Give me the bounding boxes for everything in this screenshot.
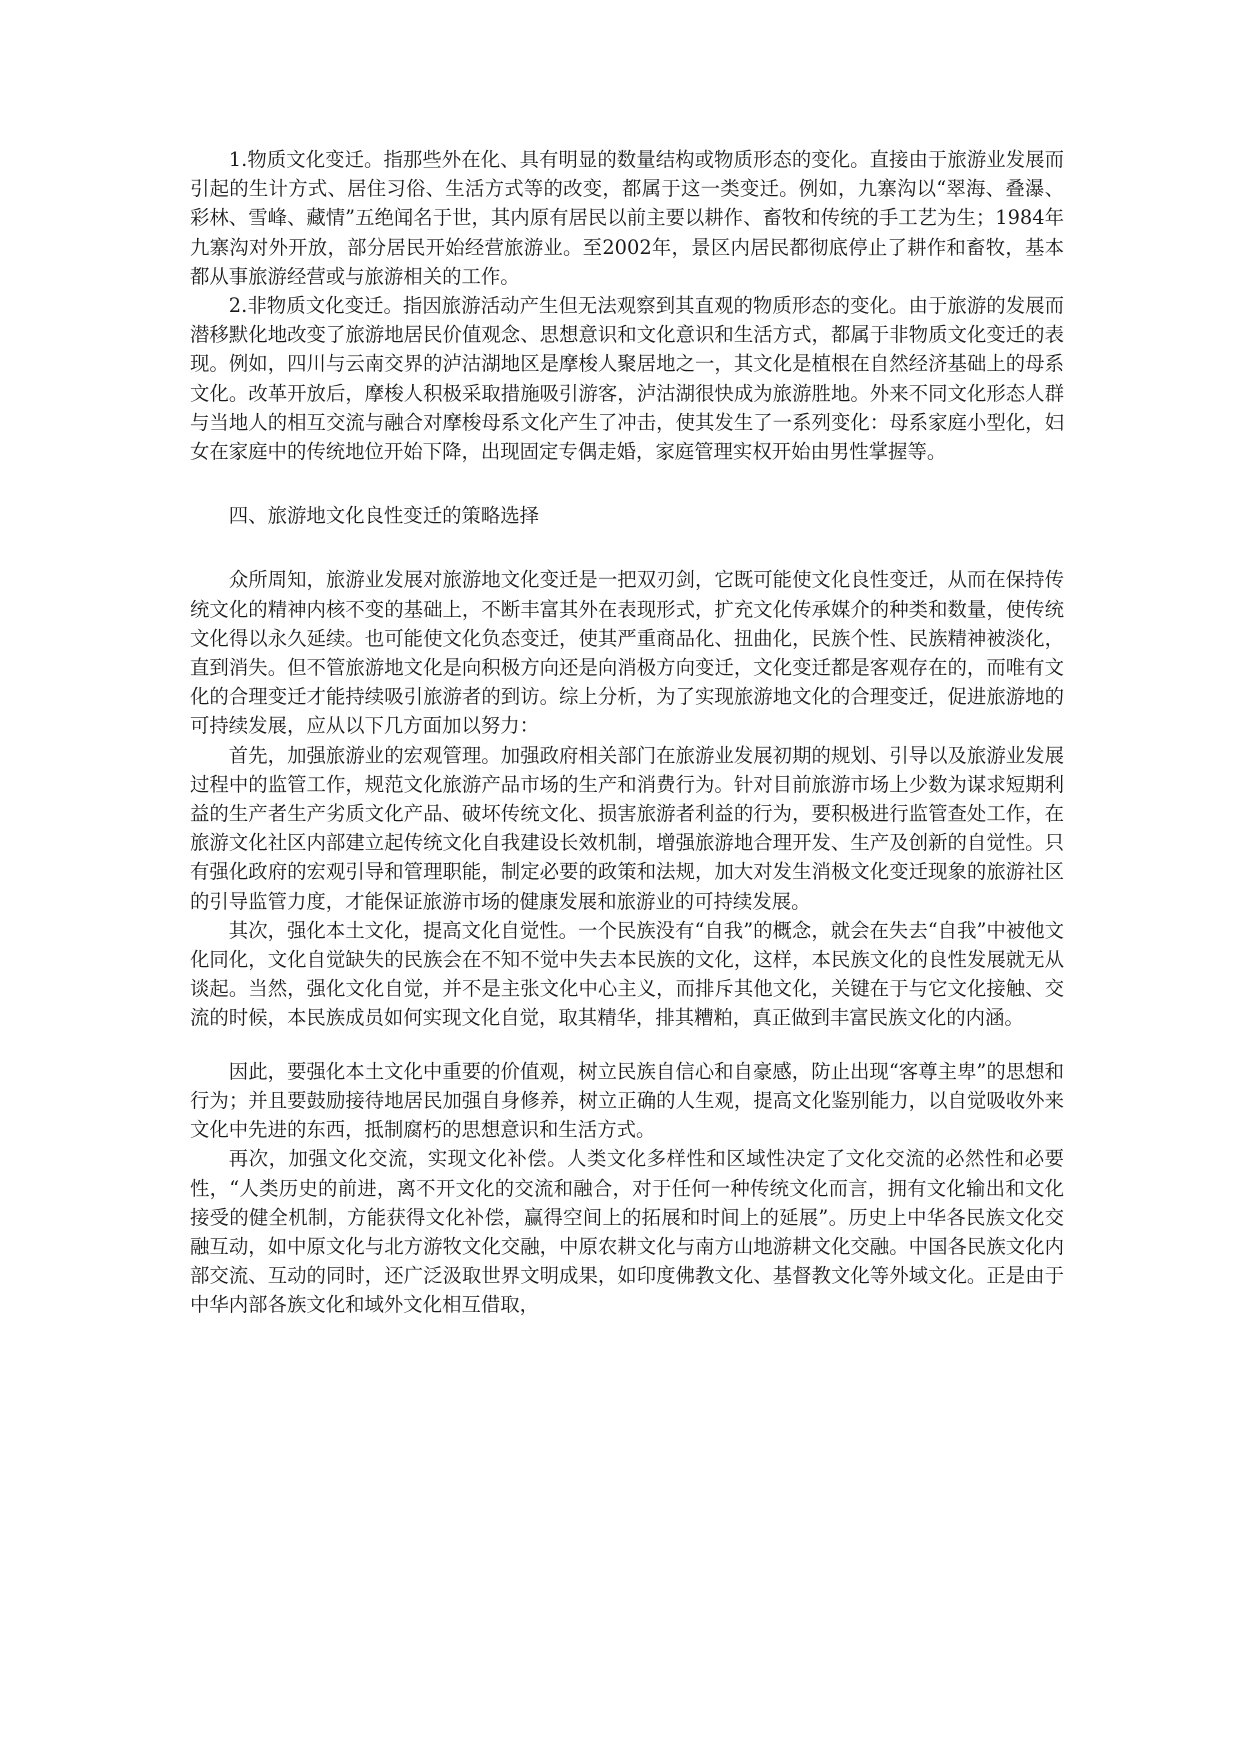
document-page: 1.物质文化变迁。指那些外在化、具有明显的数量结构或物质形态的变化。直接由于旅游… bbox=[190, 145, 1064, 1320]
section-heading: 四、旅游地文化良性变迁的策略选择 bbox=[190, 501, 1064, 530]
paragraph-third-cultural-exchange: 再次，加强文化交流，实现文化补偿。人类文化多样性和区域性决定了文化交流的必然性和… bbox=[190, 1144, 1064, 1319]
paragraph-nonmaterial-culture-change: 2.非物质文化变迁。指因旅游活动产生但无法观察到其直观的物质形态的变化。由于旅游… bbox=[190, 291, 1064, 466]
paragraph-first-macro-management: 首先，加强旅游业的宏观管理。加强政府相关部门在旅游业发展初期的规划、引导以及旅游… bbox=[190, 741, 1064, 916]
spacer bbox=[190, 530, 1064, 565]
paragraph-intro-strategy: 众所周知，旅游业发展对旅游地文化变迁是一把双刃剑，它既可能使文化良性变迁，从而在… bbox=[190, 565, 1064, 740]
paragraph-therefore: 因此，要强化本土文化中重要的价值观，树立民族自信心和自豪感，防止出现“客尊主卑”… bbox=[190, 1057, 1064, 1145]
paragraph-material-culture-change: 1.物质文化变迁。指那些外在化、具有明显的数量结构或物质形态的变化。直接由于旅游… bbox=[190, 145, 1064, 291]
paragraph-second-local-culture: 其次，强化本土文化，提高文化自觉性。一个民族没有“自我”的概念，就会在失去“自我… bbox=[190, 916, 1064, 1033]
spacer bbox=[190, 1033, 1064, 1057]
spacer bbox=[190, 466, 1064, 501]
